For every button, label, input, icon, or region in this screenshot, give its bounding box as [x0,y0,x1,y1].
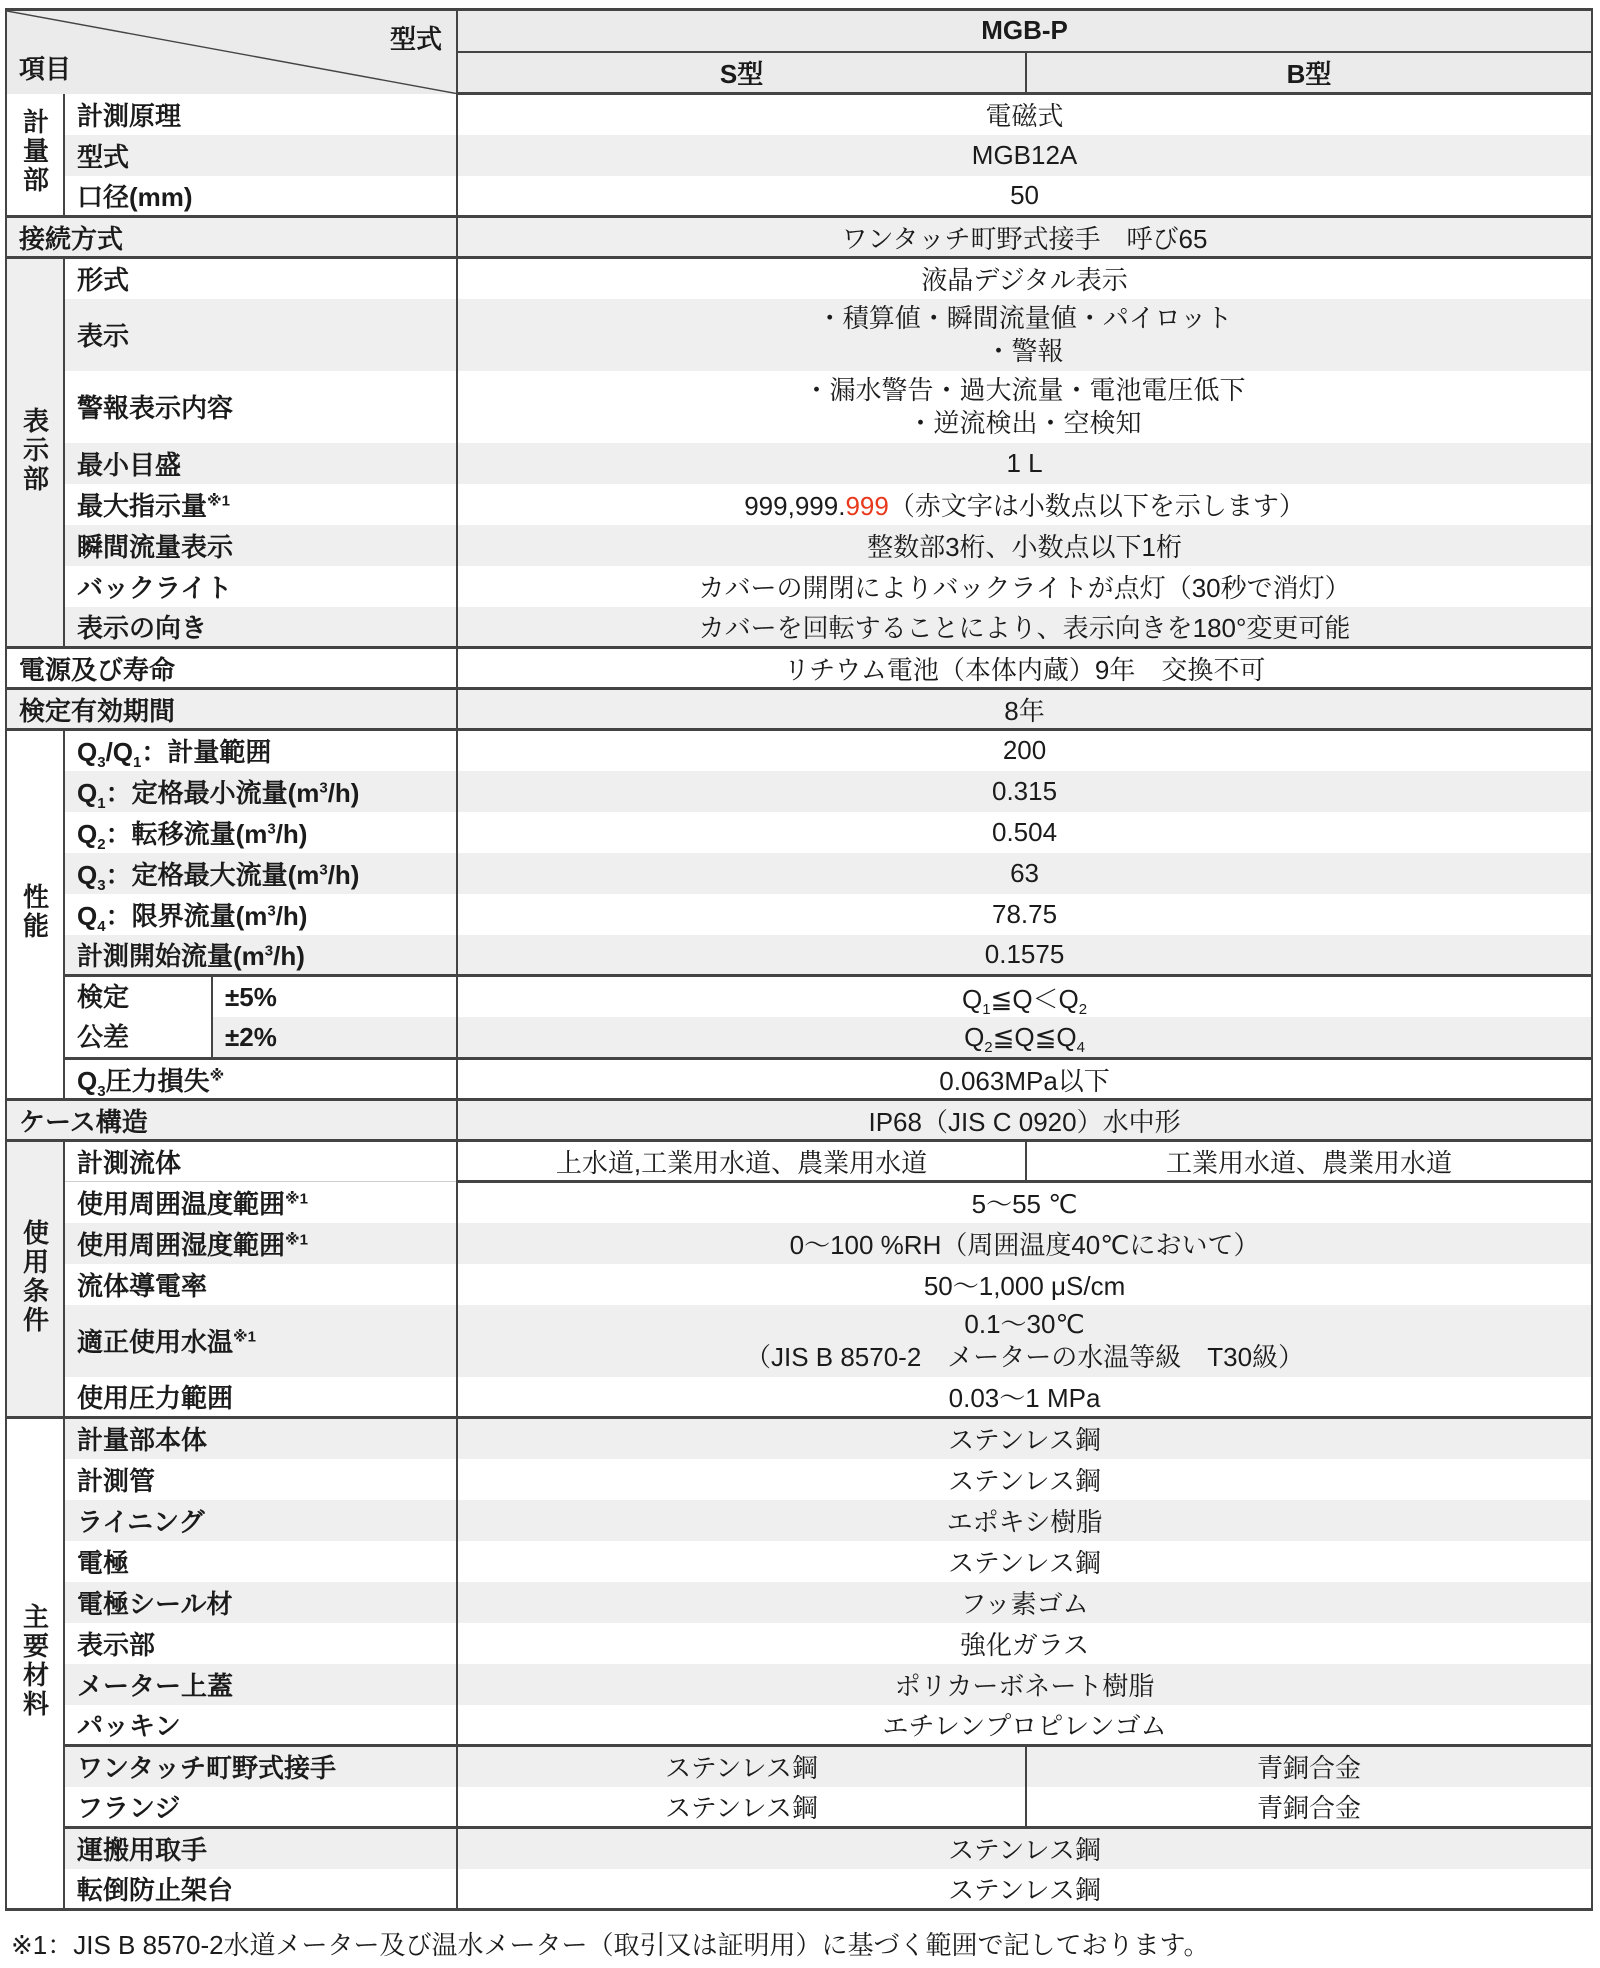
row-value: 50 [457,176,1592,217]
spec-row: 表示部形式液晶デジタル表示 [6,258,1592,299]
row-value: 0.03～1 MPa [457,1377,1592,1418]
spec-row: パッキンエチレンプロピレンゴム [6,1705,1592,1746]
row-value: 整数部3桁、小数点以下1桁 [457,525,1592,566]
spec-row: バックライトカバーの開閉によりバックライトが点灯（30秒で消灯） [6,566,1592,607]
row-value: 0.1～30℃（JIS B 8570-2 メーターの水温等級 T30級） [457,1305,1592,1377]
row-value-b: 青銅合金 [1026,1787,1592,1828]
row-value: IP68（JIS C 0920）水中形 [457,1100,1592,1141]
spec-row: ワンタッチ町野式接手ステンレス鋼青銅合金 [6,1746,1592,1787]
tolerance-merged-label: 検定公差 [64,976,212,1059]
spec-row: 最大指示量※1999,999.999（赤文字は小数点以下を示します） [6,484,1592,525]
spec-row: メーター上蓋ポリカーボネート樹脂 [6,1664,1592,1705]
spec-row: 適正使用水温※10.1～30℃（JIS B 8570-2 メーターの水温等級 T… [6,1305,1592,1377]
group-label-text: 表示部 [17,407,54,494]
page: 型式 項目 MGB-P S型 B型 計量部計測原理電磁式型式MGB12A口径(m… [0,0,1600,1962]
row-value: 1 L [457,443,1592,484]
row-value: リチウム電池（本体内蔵）9年 交換不可 [457,648,1592,689]
row-label: 最大指示量※1 [64,484,457,525]
spec-row: 表示部強化ガラス [6,1623,1592,1664]
row-label: 使用周囲温度範囲※1 [64,1182,457,1223]
spec-row: Q2：転移流量(m3/h)0.504 [6,812,1592,853]
row-value: 78.75 [457,894,1592,935]
row-value: ステンレス鋼 [457,1869,1592,1910]
table-header: 型式 項目 MGB-P S型 B型 [6,10,1592,94]
row-value: 液晶デジタル表示 [457,258,1592,299]
row-label: メーター上蓋 [64,1664,457,1705]
footnote: ※1：JIS B 8570-2水道メーター及び温水メーター（取引又は証明用）に基… [11,1925,1595,1962]
row-label: 表示部 [64,1623,457,1664]
spec-row: 型式MGB12A [6,135,1592,176]
row-value: ポリカーボネート樹脂 [457,1664,1592,1705]
row-value: フッ素ゴム [457,1582,1592,1623]
row-label: Q2：転移流量(m3/h) [64,812,457,853]
row-value: ステンレス鋼 [457,1418,1592,1459]
row-value: ステンレス鋼 [457,1828,1592,1869]
spec-row: 流体導電率50～1,000 μS/cm [6,1264,1592,1305]
row-label: 使用圧力範囲 [64,1377,457,1418]
group-cell: 表示部 [6,258,64,648]
row-value: MGB12A [457,135,1592,176]
row-value: 0.504 [457,812,1592,853]
spec-row: 口径(mm)50 [6,176,1592,217]
row-label: Q4：限界流量(m3/h) [64,894,457,935]
header-row-model: 型式 項目 MGB-P [6,10,1592,52]
row-value: エチレンプロピレンゴム [457,1705,1592,1746]
row-label: 最小目盛 [64,443,457,484]
spec-row: 検定有効期間8年 [6,689,1592,730]
row-value: ・漏水警告・過大流量・電池電圧低下・逆流検出・空検知 [457,371,1592,443]
spec-row: フランジステンレス鋼青銅合金 [6,1787,1592,1828]
spec-row: 使用周囲温度範囲※15～55 ℃ [6,1182,1592,1223]
group-cell: 使用条件 [6,1141,64,1418]
row-value: Q1≦Q＜Q2 [457,976,1592,1018]
row-value: 電磁式 [457,94,1592,135]
spec-row: 使用周囲湿度範囲※10～100 %RH（周囲温度40℃において） [6,1223,1592,1264]
row-value: 200 [457,730,1592,771]
row-label: 適正使用水温※1 [64,1305,457,1377]
row-label: 型式 [64,135,457,176]
spec-row: 瞬間流量表示整数部3桁、小数点以下1桁 [6,525,1592,566]
spec-row: 表示の向きカバーを回転することにより、表示向きを180°変更可能 [6,607,1592,648]
row-label: 使用周囲湿度範囲※1 [64,1223,457,1264]
row-value: 63 [457,853,1592,894]
row-label: フランジ [64,1787,457,1828]
spec-row: Q4：限界流量(m3/h)78.75 [6,894,1592,935]
row-label: 接続方式 [6,217,457,258]
spec-row: 電極ステンレス鋼 [6,1541,1592,1582]
row-label: 流体導電率 [64,1264,457,1305]
row-value: Q2≦Q≦Q4 [457,1017,1592,1059]
group-label-text: 使用条件 [17,1219,54,1335]
row-label: 計測流体 [64,1141,457,1182]
group-label-text: 計量部 [17,108,54,195]
row-label: Q1：定格最小流量(m3/h) [64,771,457,812]
row-value: 999,999.999（赤文字は小数点以下を示します） [457,484,1592,525]
row-label: 表示 [64,299,457,371]
row-label: パッキン [64,1705,457,1746]
spec-row: Q1：定格最小流量(m3/h)0.315 [6,771,1592,812]
row-label: 計測開始流量(m3/h) [64,935,457,976]
spec-row: 計測開始流量(m3/h)0.1575 [6,935,1592,976]
spec-row: 主要材料計量部本体ステンレス鋼 [6,1418,1592,1459]
group-label-text: 性能 [17,883,54,941]
group-label-text: 主要材料 [17,1603,54,1719]
spec-row: 性能Q3/Q1：計量範囲200 [6,730,1592,771]
row-value-s: 上水道,工業用水道、農業用水道 [457,1141,1026,1182]
row-value: ステンレス鋼 [457,1541,1592,1582]
spec-row: 転倒防止架台ステンレス鋼 [6,1869,1592,1910]
spec-row: 使用圧力範囲0.03～1 MPa [6,1377,1592,1418]
spec-row: 電源及び寿命リチウム電池（本体内蔵）9年 交換不可 [6,648,1592,689]
group-cell: 性能 [6,730,64,1100]
row-label: 計量部本体 [64,1418,457,1459]
row-value-s: ステンレス鋼 [457,1746,1026,1787]
spec-row: ±2%Q2≦Q≦Q4 [6,1017,1592,1059]
corner-label-model: 型式 [390,19,442,56]
row-value: ワンタッチ町野式接手 呼び65 [457,217,1592,258]
spec-row: 最小目盛1 L [6,443,1592,484]
spec-row: ケース構造IP68（JIS C 0920）水中形 [6,1100,1592,1141]
spec-row: 計量部計測原理電磁式 [6,94,1592,135]
row-value: 0.063MPa以下 [457,1059,1592,1100]
corner-cell: 型式 項目 [6,10,457,94]
row-value: 0.1575 [457,935,1592,976]
row-label: 計測管 [64,1459,457,1500]
spec-row: Q3圧力損失※0.063MPa以下 [6,1059,1592,1100]
row-label: バックライト [64,566,457,607]
row-value: カバーを回転することにより、表示向きを180°変更可能 [457,607,1592,648]
diagonal-line [7,11,456,94]
row-value: エポキシ樹脂 [457,1500,1592,1541]
spec-row: ライニングエポキシ樹脂 [6,1500,1592,1541]
row-value: ステンレス鋼 [457,1459,1592,1500]
row-value-b: 青銅合金 [1026,1746,1592,1787]
row-label: ケース構造 [6,1100,457,1141]
spec-row: 表示・積算値・瞬間流量値・パイロット・警報 [6,299,1592,371]
spec-row: 警報表示内容・漏水警告・過大流量・電池電圧低下・逆流検出・空検知 [6,371,1592,443]
column-header-s: S型 [457,52,1026,94]
row-label: Q3/Q1：計量範囲 [64,730,457,771]
row-label: 電源及び寿命 [6,648,457,689]
spec-table: 型式 項目 MGB-P S型 B型 計量部計測原理電磁式型式MGB12A口径(m… [5,8,1593,1911]
row-label: 瞬間流量表示 [64,525,457,566]
row-value: カバーの開閉によりバックライトが点灯（30秒で消灯） [457,566,1592,607]
row-value-b: 工業用水道、農業用水道 [1026,1141,1592,1182]
row-value: 8年 [457,689,1592,730]
row-label: 計測原理 [64,94,457,135]
row-label: Q3圧力損失※ [64,1059,457,1100]
row-label: 警報表示内容 [64,371,457,443]
corner-label-item: 項目 [19,49,71,86]
row-value: 50～1,000 μS/cm [457,1264,1592,1305]
group-cell: 計量部 [6,94,64,217]
model-header: MGB-P [457,10,1592,52]
spec-row: 計測管ステンレス鋼 [6,1459,1592,1500]
row-value: 強化ガラス [457,1623,1592,1664]
row-label: ±5% [212,976,457,1018]
row-label: 転倒防止架台 [64,1869,457,1910]
row-label: 形式 [64,258,457,299]
row-label: 運搬用取手 [64,1828,457,1869]
row-label: 表示の向き [64,607,457,648]
row-label: 口径(mm) [64,176,457,217]
row-value: 0.315 [457,771,1592,812]
row-label: Q3：定格最大流量(m3/h) [64,853,457,894]
spec-row: 使用条件計測流体上水道,工業用水道、農業用水道工業用水道、農業用水道 [6,1141,1592,1182]
row-label: ライニング [64,1500,457,1541]
row-label: ワンタッチ町野式接手 [64,1746,457,1787]
group-cell: 主要材料 [6,1418,64,1910]
row-value-s: ステンレス鋼 [457,1787,1026,1828]
spec-row: 検定公差±5%Q1≦Q＜Q2 [6,976,1592,1018]
spec-row: 電極シール材フッ素ゴム [6,1582,1592,1623]
spec-row: 運搬用取手ステンレス鋼 [6,1828,1592,1869]
row-value: 5～55 ℃ [457,1182,1592,1223]
spec-row: Q3：定格最大流量(m3/h)63 [6,853,1592,894]
row-label: 検定有効期間 [6,689,457,730]
row-label: 電極 [64,1541,457,1582]
column-header-b: B型 [1026,52,1592,94]
row-value: ・積算値・瞬間流量値・パイロット・警報 [457,299,1592,371]
row-label: ±2% [212,1017,457,1059]
row-label: 電極シール材 [64,1582,457,1623]
row-value: 0～100 %RH（周囲温度40℃において） [457,1223,1592,1264]
spec-row: 接続方式ワンタッチ町野式接手 呼び65 [6,217,1592,258]
table-body: 計量部計測原理電磁式型式MGB12A口径(mm)50接続方式ワンタッチ町野式接手… [6,94,1592,1910]
